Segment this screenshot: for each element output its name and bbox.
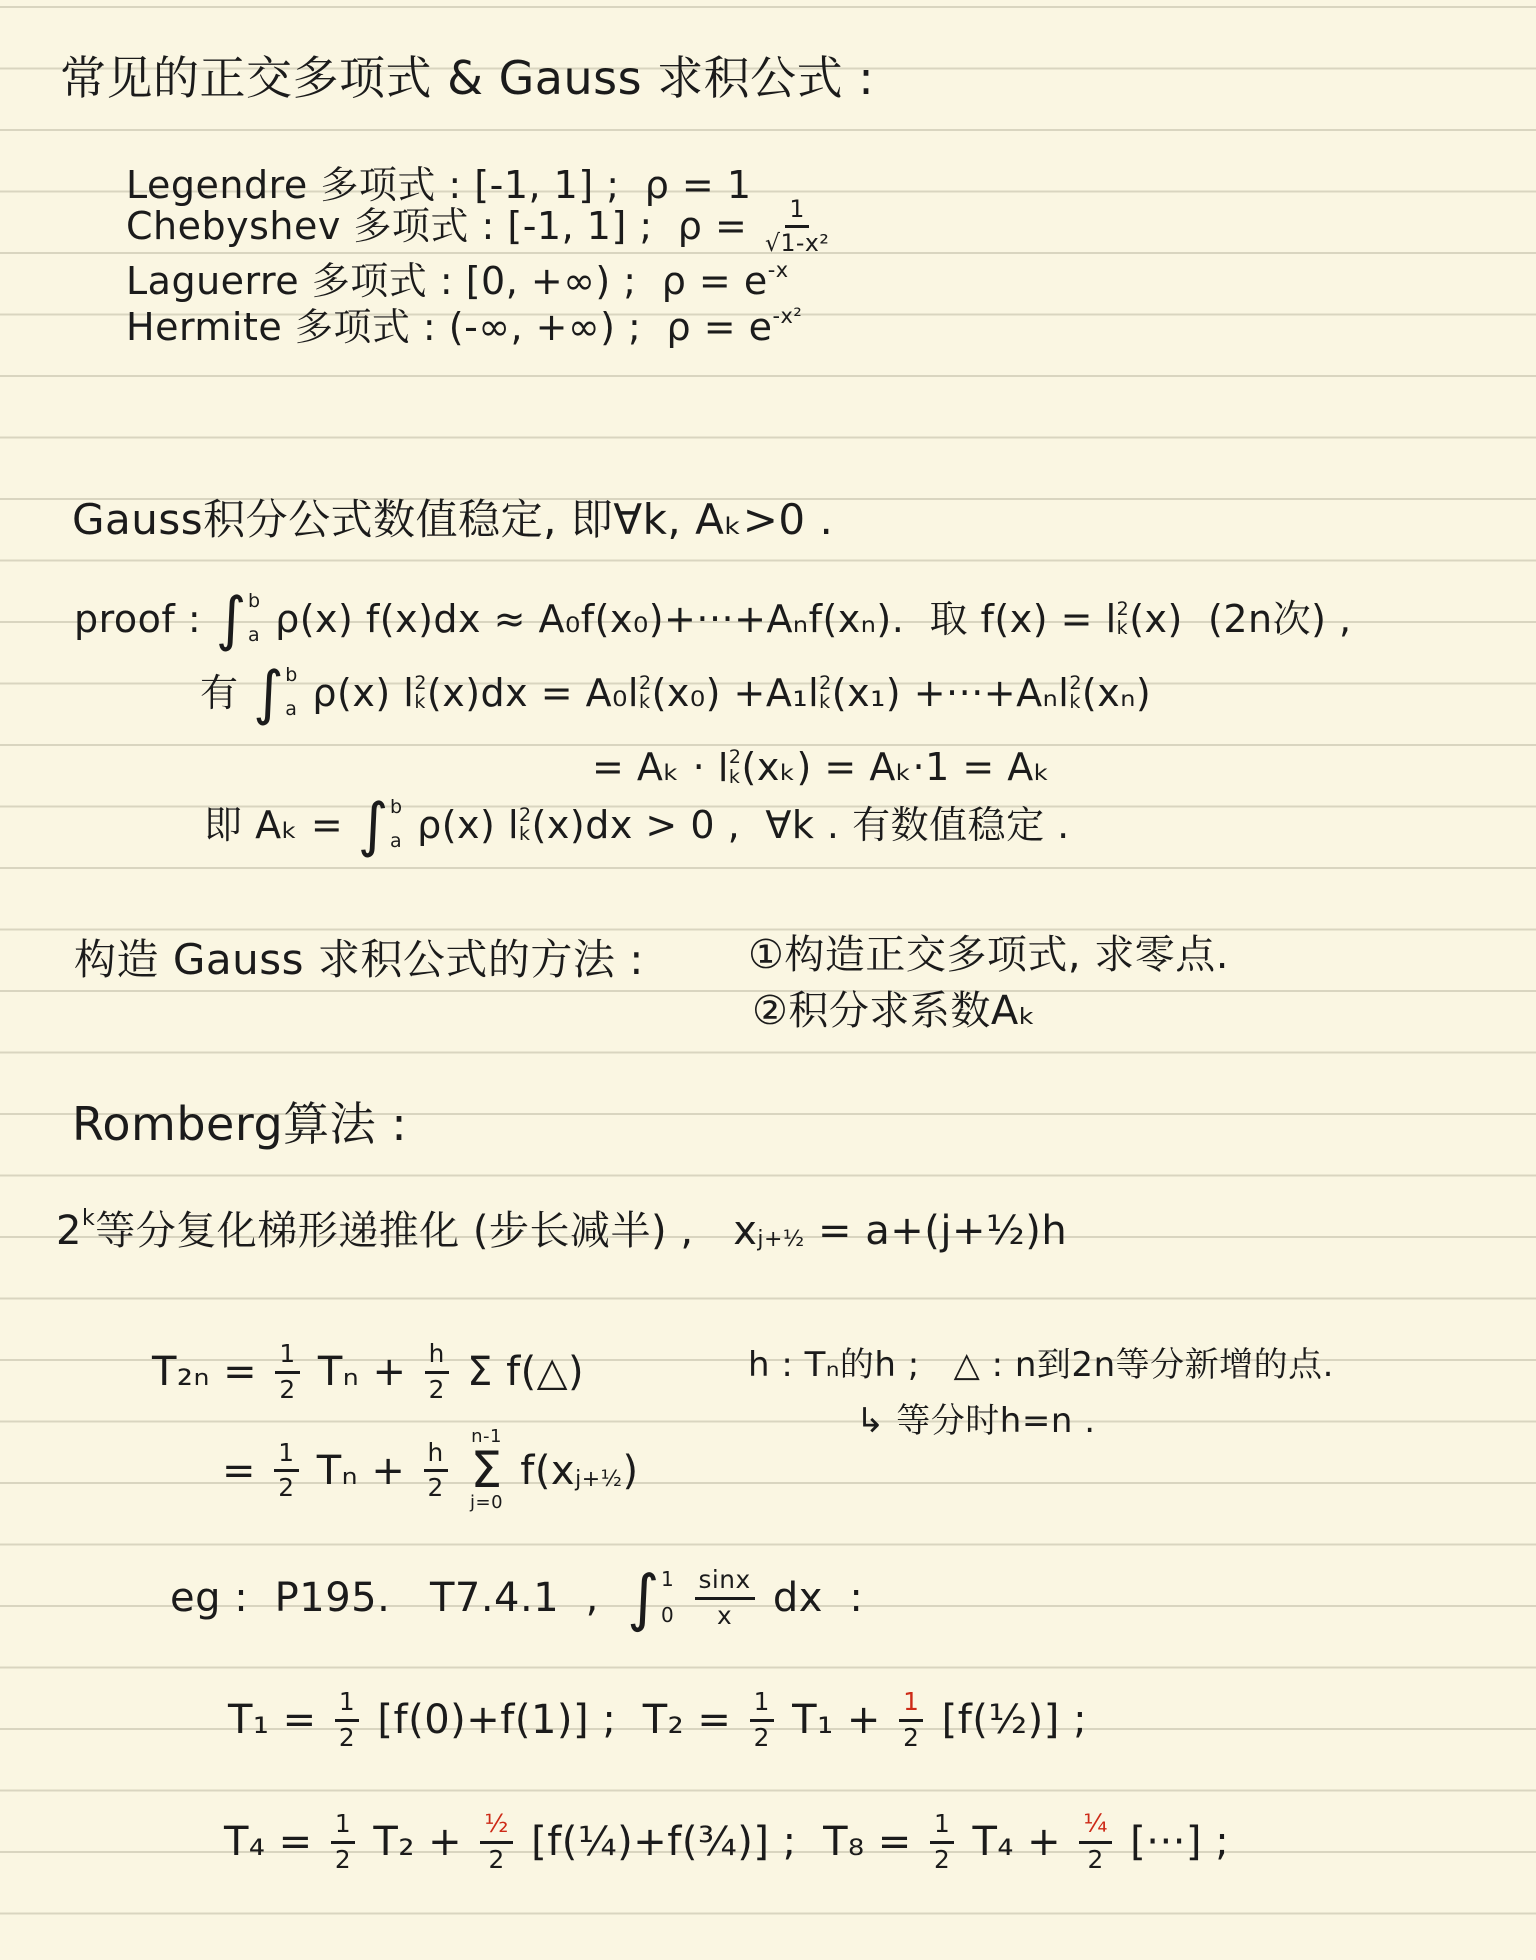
t2n-formula: T₂ₙ = 12 Tₙ + h2 Σ f(△) (152, 1340, 584, 1404)
integral-symbol: ∫ba (216, 590, 261, 649)
text-run: T₂ₙ = (152, 1347, 270, 1397)
stack-subscript: k (1069, 693, 1082, 713)
integral-upper-limit: 1 (661, 1569, 674, 1589)
fraction-denominator: x (717, 1600, 732, 1631)
text-run: [f(½)] ; (928, 1695, 1087, 1745)
summation-symbol: n-1Σj=0 (470, 1428, 503, 1513)
text-run: ρ(x) f(x)dx ≈ A₀f(x₀)+···+Aₙf(xₙ). 取 f(x… (263, 596, 1106, 644)
text-run: Chebyshev 多项式 : [-1, 1] ; ρ = (126, 203, 760, 251)
superscript: -x² (773, 303, 803, 329)
text-run: T₂ + (360, 1817, 475, 1867)
text-run: 常见的正交多项式 & Gauss 求积公式 : (60, 50, 874, 108)
fraction-denominator: 2 (934, 1844, 950, 1875)
integral-symbol: ∫10 (627, 1567, 674, 1629)
sup-sub-stack: 2k (819, 674, 832, 714)
text-run: T₄ + (959, 1817, 1074, 1867)
fraction-numerator: 1 (275, 1340, 299, 1374)
text-run: (x₁) +···+Aₙ (832, 670, 1059, 718)
example-t1-t2: T₁ = 12 [f(0)+f(1)] ; T₂ = 12 T₁ + 12 [f… (228, 1688, 1087, 1752)
superscript: -x (768, 257, 789, 283)
stack-superscript: 2 (1117, 600, 1130, 620)
stack-base: l (718, 749, 729, 787)
fraction-denominator: 2 (278, 1472, 294, 1503)
stack-superscript: 2 (414, 674, 427, 694)
integral-limits: 10 (660, 1567, 674, 1629)
stability-line: Gauss积分公式数值稳定, 即∀k, Aₖ>0 . (72, 494, 833, 547)
fraction-numerator: h (424, 1439, 448, 1473)
fraction: 12 (335, 1688, 359, 1752)
fraction-numerator: 1 (785, 196, 808, 228)
sup-sub-term: l2k (403, 674, 427, 714)
sup-sub-term: l2k (808, 674, 832, 714)
sup-sub-term: l2k (718, 748, 742, 788)
subscript: j+½ (757, 1226, 804, 1254)
text-run: ρ(x) (300, 670, 403, 718)
proof-line-2: 有 ∫ba ρ(x) l2k(x)dx = A₀l2k(x₀) +A₁l2k(x… (200, 664, 1151, 723)
integral-limits: ba (284, 664, 298, 723)
fraction-numerator: 1 (331, 1810, 355, 1844)
fraction-numerator: 1 (750, 1688, 774, 1722)
text-run (676, 1573, 689, 1623)
fraction: 1√1-x² (765, 196, 829, 257)
sup-sub-stack: 2k (1069, 674, 1082, 714)
fraction: sinxx (695, 1566, 755, 1630)
stack-subscript: k (639, 693, 652, 713)
fraction-denominator: 2 (428, 1472, 444, 1503)
fraction-numerator: 1 (335, 1688, 359, 1722)
fraction-numerator: 1 (899, 1688, 923, 1722)
text-run: Romberg算法 : (72, 1096, 407, 1154)
fraction-denominator: 2 (339, 1722, 355, 1753)
subscript: j+½ (575, 1466, 622, 1494)
integral-lower-limit: a (285, 700, 298, 719)
text-run: = (222, 1446, 269, 1496)
fraction: h2 (425, 1340, 449, 1404)
integral-icon: ∫ (627, 1567, 660, 1629)
sigma-icon: Σ (470, 1447, 502, 1495)
integral-icon: ∫ (216, 590, 247, 649)
hermite-line: Hermite 多项式 : (-∞, +∞) ; ρ = e-x² (126, 304, 802, 352)
romberg-intro: 2k等分复化梯形递推化 (步长减半) , xj+½ = a+(j+½)h (56, 1206, 1067, 1256)
text-run: = Aₖ · (592, 744, 718, 792)
fraction: h2 (424, 1439, 448, 1503)
stack-base: l (508, 806, 519, 844)
stack-superscript: 2 (519, 806, 532, 826)
t2n-formula-2: = 12 Tₙ + h2 n-1Σj=0 f(xj+½) (222, 1428, 639, 1513)
sup-sub-term: l2k (1106, 600, 1130, 640)
fraction-denominator: 2 (903, 1722, 919, 1753)
romberg-heading: Romberg算法 : (72, 1096, 407, 1154)
text-run: ↳ 等分时h=n . (856, 1400, 1096, 1443)
integral-symbol: ∫ba (358, 796, 403, 855)
integral-upper-limit: b (248, 592, 261, 611)
stack-base: l (403, 674, 414, 712)
fraction-numerator: h (425, 1340, 449, 1374)
text-run: Tₙ + (305, 1347, 420, 1397)
proof-line-4: 即 Aₖ = ∫ba ρ(x) l2k(x)dx > 0 , ∀k . 有数值稳… (204, 796, 1070, 855)
text-run: Hermite 多项式 : (-∞, +∞) ; ρ = e (126, 304, 773, 352)
fraction-denominator: 2 (279, 1374, 295, 1405)
fraction-denominator: √1-x² (765, 228, 829, 257)
method-step-1: ①构造正交多项式, 求零点. (748, 930, 1229, 980)
fraction: 12 (274, 1439, 298, 1503)
stack-subscript: k (819, 693, 832, 713)
proof-line-1: proof : ∫ba ρ(x) f(x)dx ≈ A₀f(x₀)+···+Aₙ… (74, 590, 1352, 649)
heading: 常见的正交多项式 & Gauss 求积公式 : (60, 50, 874, 108)
proof-line-3: = Aₖ · l2k(xₖ) = Aₖ·1 = Aₖ (592, 744, 1050, 792)
text-run: 2 (56, 1206, 82, 1256)
laguerre-line: Laguerre 多项式 : [0, +∞) ; ρ = e-x (126, 258, 789, 306)
integral-limits: ba (389, 796, 403, 855)
fraction: 12 (275, 1340, 299, 1404)
text-run: dx : (760, 1573, 864, 1623)
integral-lower-limit: 0 (661, 1605, 674, 1625)
text-run: (x)dx > 0 , ∀k . 有数值稳定 . (532, 802, 1070, 850)
text-run: ρ(x) (405, 802, 508, 850)
text-run: T₁ = (228, 1695, 330, 1745)
text-run: (x) (2n次) , (1129, 596, 1351, 644)
text-run: Gauss积分公式数值稳定, 即∀k, Aₖ>0 . (72, 494, 833, 547)
integral-lower-limit: a (390, 832, 403, 851)
integral-upper-limit: b (390, 798, 403, 817)
stack-superscript: 2 (639, 674, 652, 694)
text-run: ①构造正交多项式, 求零点. (748, 930, 1229, 980)
integral-icon: ∫ (358, 796, 389, 855)
sup-sub-stack: 2k (1117, 600, 1130, 640)
integral-symbol: ∫ba (253, 664, 298, 723)
text-run (453, 1446, 466, 1496)
text-run: Laguerre 多项式 : [0, +∞) ; ρ = e (126, 258, 768, 306)
text-run: proof : (74, 596, 214, 644)
t2n-note-1: h : Tₙ的h ; △ : n到2n等分新增的点. (748, 1344, 1334, 1387)
stack-subscript: k (729, 768, 742, 788)
text-run: Σ f(△) (454, 1347, 584, 1397)
sup-sub-stack: 2k (639, 674, 652, 714)
fraction-denominator: 2 (1088, 1844, 1104, 1875)
stack-base: l (628, 674, 639, 712)
stack-base: l (1058, 674, 1069, 712)
example-line: eg : P195. T7.4.1 , ∫10 sinxx dx : (170, 1566, 863, 1630)
text-run: (x)dx = A₀ (427, 670, 628, 718)
sup-sub-stack: 2k (519, 806, 532, 846)
text-run: Tₙ + (304, 1446, 419, 1496)
integral-lower-limit: a (248, 626, 261, 645)
fraction-numerator: 1 (274, 1439, 298, 1473)
stack-subscript: k (414, 693, 427, 713)
fraction-numerator: 1 (930, 1810, 954, 1844)
fraction: 12 (750, 1688, 774, 1752)
integral-upper-limit: b (285, 666, 298, 685)
fraction-denominator: 2 (754, 1722, 770, 1753)
superscript: k (82, 1205, 95, 1233)
sup-sub-term: l2k (628, 674, 652, 714)
fraction: 12 (331, 1810, 355, 1874)
text-run: (xₙ) (1082, 670, 1151, 718)
fraction-denominator: 2 (488, 1844, 504, 1875)
example-t4-t8: T₄ = 12 T₂ + ½2 [f(¼)+f(¾)] ; T₈ = 12 T₄… (224, 1810, 1229, 1874)
stack-superscript: 2 (1069, 674, 1082, 694)
fraction: ½2 (480, 1810, 513, 1874)
text-run: [f(¼)+f(¾)] ; T₈ = (518, 1817, 925, 1867)
integral-limits: ba (247, 590, 261, 649)
stack-base: l (1106, 600, 1117, 638)
stack-superscript: 2 (819, 674, 832, 694)
text-run: (xₖ) = Aₖ·1 = Aₖ (742, 744, 1051, 792)
text-run: T₁ + (779, 1695, 894, 1745)
text-run: 即 Aₖ = (204, 802, 356, 850)
text-run: ②积分求系数Aₖ (752, 986, 1036, 1036)
text-run: [···] ; (1117, 1817, 1229, 1867)
text-run: 构造 Gauss 求积公式的方法 : (74, 934, 644, 987)
text-run: eg : P195. T7.4.1 , (170, 1573, 625, 1623)
text-run: [f(0)+f(1)] ; T₂ = (364, 1695, 744, 1745)
sup-sub-term: l2k (508, 806, 532, 846)
fraction: 12 (930, 1810, 954, 1874)
t2n-note-2: ↳ 等分时h=n . (856, 1400, 1096, 1443)
text-run: T₄ = (224, 1817, 326, 1867)
notebook-page: 常见的正交多项式 & Gauss 求积公式 :Legendre 多项式 : [-… (0, 0, 1536, 1960)
text-run: 有 (200, 670, 251, 718)
sup-sub-term: l2k (1058, 674, 1082, 714)
text-run: = a+(j+½)h (805, 1206, 1067, 1256)
text-run: 等分复化梯形递推化 (步长减半) , x (95, 1206, 757, 1256)
text-run: f(x (507, 1446, 575, 1496)
stack-superscript: 2 (729, 748, 742, 768)
integral-icon: ∫ (253, 664, 284, 723)
stack-subscript: k (519, 825, 532, 845)
fraction-numerator: sinx (695, 1566, 755, 1600)
fraction-denominator: 2 (335, 1844, 351, 1875)
sum-lower-limit: j=0 (470, 1494, 503, 1513)
stack-base: l (808, 674, 819, 712)
fraction: ¼2 (1079, 1810, 1112, 1874)
stack-subscript: k (1117, 619, 1130, 639)
fraction-numerator: ¼ (1079, 1810, 1112, 1844)
text-run: h : Tₙ的h ; △ : n到2n等分新增的点. (748, 1344, 1334, 1387)
fraction-denominator: 2 (429, 1374, 445, 1405)
text-run: (x₀) +A₁ (652, 670, 809, 718)
sup-sub-stack: 2k (729, 748, 742, 788)
fraction-numerator: ½ (480, 1810, 513, 1844)
method-step-2: ②积分求系数Aₖ (752, 986, 1036, 1036)
fraction: 12 (899, 1688, 923, 1752)
method-label: 构造 Gauss 求积公式的方法 : (74, 934, 644, 987)
text-run: ) (622, 1446, 638, 1496)
sup-sub-stack: 2k (414, 674, 427, 714)
chebyshev-line: Chebyshev 多项式 : [-1, 1] ; ρ = 1√1-x² (126, 196, 834, 257)
